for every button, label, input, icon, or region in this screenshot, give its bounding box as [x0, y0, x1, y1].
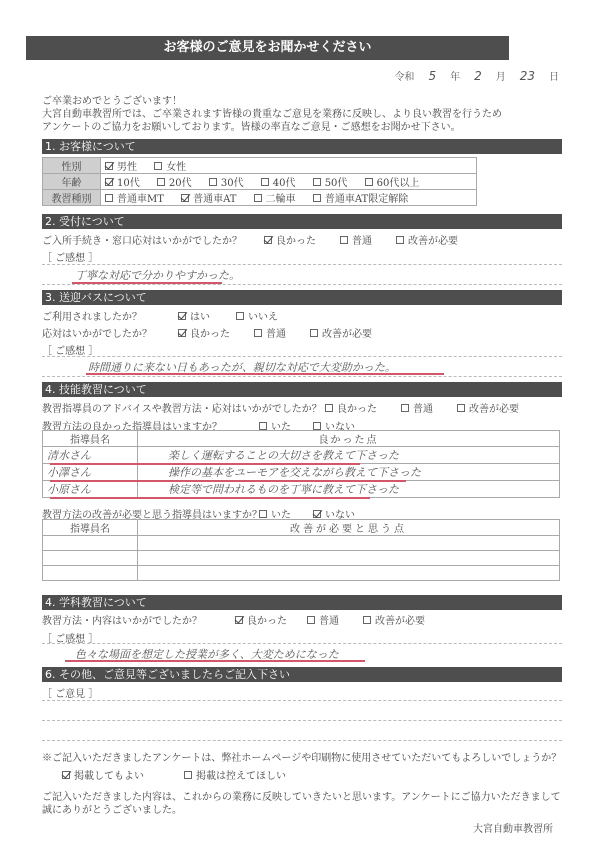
option-label: 普通車MT [117, 190, 164, 205]
section-5-header: 4. 学科教習について [42, 595, 562, 610]
table-header: 指導員名 改善が必要と思う点 [43, 520, 560, 536]
option-label: 良かった [190, 325, 230, 340]
page-title: お客様のご意見をお聞かせください [26, 36, 509, 60]
question-text: 応対はいかがでしたか？ [42, 325, 178, 340]
option-label: 普通 [413, 400, 433, 415]
intro-line-1: ご卒業おめでとうございます！ [42, 95, 562, 108]
option-label: 50代 [325, 174, 348, 189]
checkbox-checked-icon[interactable] [178, 329, 186, 337]
divider [42, 643, 562, 644]
option-label: 10代 [117, 174, 140, 189]
closing-line-1: ご記入いただきました内容は、これからの業務に反映していきたいと思います。アンケー… [42, 791, 572, 804]
instructor-name-cell[interactable] [43, 566, 138, 581]
option-label: 普通 [319, 612, 339, 627]
table-header: 指導員名 良かった点 [43, 431, 560, 447]
option-label: 二輪車 [266, 190, 296, 205]
divider [42, 356, 562, 357]
option-good[interactable]: 良かった [235, 612, 287, 627]
section-1-header: 1. お客様について [42, 139, 562, 154]
checkbox-checked-icon[interactable] [62, 771, 70, 779]
column-header: 改善が必要と思う点 [138, 520, 560, 536]
course-at-option[interactable]: 普通車AT [181, 190, 236, 205]
option-label: 改善が必要 [375, 612, 425, 627]
opinion-line-2[interactable] [42, 720, 562, 721]
question-text: 教習方法・内容はいかがでしたか？ [42, 612, 235, 627]
option-label: 普通車AT限定解除 [325, 190, 408, 205]
checkbox-icon[interactable] [401, 404, 409, 412]
instructor-eval-row: 教習指導員のアドバイスや教習方法・応対はいかがでしたか？ 良かった 普通 改善が… [42, 400, 533, 415]
comment-label: ［ ご感想 ］ [42, 342, 98, 357]
option-needs-improvement[interactable]: 改善が必要 [310, 325, 372, 340]
day-label: 日 [549, 68, 559, 83]
checkbox-checked-icon[interactable] [178, 312, 186, 320]
column-header: 良かった点 [138, 431, 560, 447]
checkbox-checked-icon[interactable] [313, 510, 321, 518]
age-options: 10代 20代 30代 40代 50代 60代以上 [101, 174, 477, 190]
opinion-label: ［ ご意見 ］ [42, 685, 98, 700]
gender-row: 性別 男性 女性 [43, 158, 477, 174]
age-label: 年齢 [43, 174, 101, 190]
checkbox-checked-icon[interactable] [264, 236, 272, 244]
course-mt-option[interactable]: 普通車MT [105, 190, 164, 205]
improvement-point-cell[interactable] [138, 566, 560, 581]
academic-question-row: 教習方法・内容はいかがでしたか？ 良かった 普通 改善が必要 [42, 612, 439, 627]
age-20s-option[interactable]: 20代 [157, 174, 192, 189]
checkbox-icon[interactable] [259, 510, 267, 518]
good-point-cell[interactable]: 操作の基本をユーモアを交えながら教えて下さった [138, 464, 560, 481]
closing-line-2: 誠にありがとうございました。 [42, 804, 572, 817]
checkbox-icon[interactable] [184, 771, 192, 779]
option-needs-improvement[interactable]: 改善が必要 [363, 612, 425, 627]
table-row [43, 536, 560, 551]
age-30s-option[interactable]: 30代 [209, 174, 244, 189]
red-underline [50, 497, 370, 499]
checkbox-icon[interactable] [254, 329, 262, 337]
consent-options: 掲載してもよい 掲載は控えてほしい [62, 767, 300, 782]
course-type-options: 普通車MT 普通車AT 二輪車 普通車AT限定解除 [101, 190, 477, 206]
divider [42, 264, 562, 265]
instructor-name-cell[interactable]: 小澤さん [43, 464, 138, 481]
intro-line-2: 大宮自動車教習所では、ご卒業されます皆様の貴重なご意見を業務に反映し、より良い教… [42, 108, 562, 121]
month-label: 月 [496, 68, 506, 83]
table-row: 清水さん 楽しく運転することの大切さを教えて下さった [43, 447, 560, 464]
year-label: 年 [450, 68, 460, 83]
course-at-unlimit-option[interactable]: 普通車AT限定解除 [313, 190, 408, 205]
red-underline [65, 660, 365, 662]
checkbox-icon[interactable] [259, 422, 267, 430]
checkbox-icon[interactable] [261, 178, 269, 186]
gender-male-option[interactable]: 男性 [105, 158, 137, 173]
comment-label: ［ ご感想 ］ [42, 249, 98, 264]
option-average[interactable]: 普通 [254, 325, 286, 340]
gender-options: 男性 女性 [101, 158, 477, 174]
option-label: 30代 [221, 174, 244, 189]
consent-decline-option[interactable]: 掲載は控えてほしい [184, 767, 286, 782]
intro-line-3: アンケートのご協力をお願いしております。皆様の率直なご意見・ご感想をお聞かせ下さ… [42, 121, 562, 134]
reception-question-row: ご入所手続き・窓口応対はいかがでしたか？ 良かった 普通 改善が必要 [42, 232, 472, 247]
option-label: 良かった [276, 232, 316, 247]
checkbox-icon[interactable] [313, 194, 321, 202]
option-label: 20代 [169, 174, 192, 189]
good-point-cell[interactable]: 楽しく運転することの大切さを教えて下さった [138, 447, 560, 464]
improvement-point-cell[interactable] [138, 536, 560, 551]
instructor-name-cell[interactable]: 小原さん [43, 481, 138, 498]
course-type-label: 教習種別 [43, 190, 101, 206]
table-row: 小澤さん 操作の基本をユーモアを交えながら教えて下さった [43, 464, 560, 481]
checkbox-icon[interactable] [254, 194, 262, 202]
option-label: 普通 [266, 325, 286, 340]
age-60s-plus-option[interactable]: 60代以上 [365, 174, 420, 189]
checkbox-icon[interactable] [310, 329, 318, 337]
year-field[interactable]: 5 [420, 69, 444, 83]
customer-info-table: 性別 男性 女性 年齢 10代 20代 30代 40代 50代 60代以上 教習… [42, 157, 477, 206]
option-good[interactable]: 良かった [325, 400, 377, 415]
instructor-name-cell[interactable] [43, 551, 138, 566]
option-needs-improvement[interactable]: 改善が必要 [457, 400, 519, 415]
checkbox-icon[interactable] [396, 236, 404, 244]
era-label: 令和 [394, 68, 414, 83]
option-label: はい [190, 308, 210, 323]
question-text: 教習指導員のアドバイスや教習方法・応対はいかがでしたか？ [42, 400, 325, 415]
bus-service-row: 応対はいかがでしたか？ 良かった 普通 改善が必要 [42, 325, 386, 340]
bus-usage-row: ご利用されましたか？ はい いいえ [42, 308, 292, 323]
option-good[interactable]: 良かった [264, 232, 316, 247]
opinion-line-3[interactable] [42, 740, 562, 741]
age-row: 年齢 10代 20代 30代 40代 50代 60代以上 [43, 174, 477, 190]
option-label: 改善が必要 [408, 232, 458, 247]
option-label: 40代 [273, 174, 296, 189]
divider [42, 284, 562, 285]
course-type-row: 教習種別 普通車MT 普通車AT 二輪車 普通車AT限定解除 [43, 190, 477, 206]
consent-allow-option[interactable]: 掲載してもよい [62, 767, 144, 782]
checkbox-icon[interactable] [313, 178, 321, 186]
checkbox-icon[interactable] [209, 178, 217, 186]
checkbox-icon[interactable] [457, 404, 465, 412]
option-label: 普通 [352, 232, 372, 247]
gender-female-option[interactable]: 女性 [154, 158, 186, 173]
checkbox-checked-icon[interactable] [181, 194, 189, 202]
option-label: 改善が必要 [469, 400, 519, 415]
checkbox-icon[interactable] [157, 178, 165, 186]
option-average[interactable]: 普通 [340, 232, 372, 247]
red-underline [86, 373, 444, 375]
option-label: 60代以上 [377, 174, 420, 189]
date-row: 令和 5 年 2 月 23 日 [394, 68, 559, 83]
checkbox-icon[interactable] [105, 194, 113, 202]
table-row [43, 551, 560, 566]
section-4-header: 4. 技能教習について [42, 382, 562, 397]
option-yes[interactable]: はい [178, 308, 210, 323]
improvement-point-cell[interactable] [138, 551, 560, 566]
option-label: 掲載してもよい [74, 767, 144, 782]
checkbox-icon[interactable] [236, 312, 244, 320]
opinion-line-1[interactable] [42, 700, 562, 701]
section-6-header: 6. その他、ご意見等ございましたらご記入下さい [42, 667, 562, 682]
option-label: 改善が必要 [322, 325, 372, 340]
option-label: 掲載は控えてほしい [196, 767, 286, 782]
improve-instructor-table: 指導員名 改善が必要と思う点 [42, 519, 560, 581]
section-3-header: 3. 送迎バスについて [42, 290, 562, 305]
option-average[interactable]: 普通 [401, 400, 433, 415]
checkbox-icon[interactable] [307, 616, 315, 624]
checkbox-icon[interactable] [340, 236, 348, 244]
column-header: 指導員名 [43, 520, 138, 536]
option-needs-improvement[interactable]: 改善が必要 [396, 232, 458, 247]
instructor-name-cell[interactable] [43, 536, 138, 551]
consent-question: ※ご記入いただきましたアンケートは、弊社ホームページや印刷物に使用させていただい… [42, 752, 572, 765]
option-label: 男性 [117, 158, 137, 173]
table-row [43, 566, 560, 581]
age-50s-option[interactable]: 50代 [313, 174, 348, 189]
option-good[interactable]: 良かった [178, 325, 230, 340]
option-label: 普通車AT [193, 190, 236, 205]
course-motorcycle-option[interactable]: 二輪車 [254, 190, 296, 205]
checkbox-icon[interactable] [154, 162, 162, 170]
option-label: 女性 [166, 158, 186, 173]
column-header: 指導員名 [43, 431, 138, 447]
checkbox-icon[interactable] [365, 178, 373, 186]
closing-message: ご記入いただきました内容は、これからの業務に反映していきたいと思います。アンケー… [42, 791, 572, 817]
intro-text: ご卒業おめでとうございます！ 大宮自動車教習所では、ご卒業されます皆様の貴重なご… [42, 95, 562, 134]
checkbox-icon[interactable] [325, 404, 333, 412]
table-row: 小原さん 検定等で問われるものを丁寧に教えて下さった [43, 481, 560, 498]
question-text: ご利用されましたか？ [42, 308, 178, 323]
month-field[interactable]: 2 [466, 69, 490, 83]
red-underline [50, 463, 360, 465]
signature: 大宮自動車教習所 [473, 820, 553, 835]
option-label: いいえ [248, 308, 278, 323]
age-10s-option[interactable]: 10代 [105, 174, 140, 189]
checkbox-checked-icon[interactable] [235, 616, 243, 624]
day-field[interactable]: 23 [512, 69, 543, 83]
checkbox-icon[interactable] [363, 616, 371, 624]
instructor-name-cell[interactable]: 清水さん [43, 447, 138, 464]
question-text: ご入所手続き・窓口応対はいかがでしたか？ [42, 232, 264, 247]
checkbox-checked-icon[interactable] [105, 178, 113, 186]
section-2-header: 2. 受付について [42, 214, 562, 229]
checkbox-icon[interactable] [313, 422, 321, 430]
option-label: 良かった [247, 612, 287, 627]
option-label: 良かった [337, 400, 377, 415]
option-average[interactable]: 普通 [307, 612, 339, 627]
reception-comment[interactable]: 丁寧な対応で分かりやすかった。 [75, 267, 240, 283]
red-underline [50, 480, 406, 482]
checkbox-checked-icon[interactable] [105, 162, 113, 170]
divider [42, 376, 562, 377]
age-40s-option[interactable]: 40代 [261, 174, 296, 189]
option-no[interactable]: いいえ [236, 308, 278, 323]
gender-label: 性別 [43, 158, 101, 174]
good-point-cell[interactable]: 検定等で問われるものを丁寧に教えて下さった [138, 481, 560, 498]
